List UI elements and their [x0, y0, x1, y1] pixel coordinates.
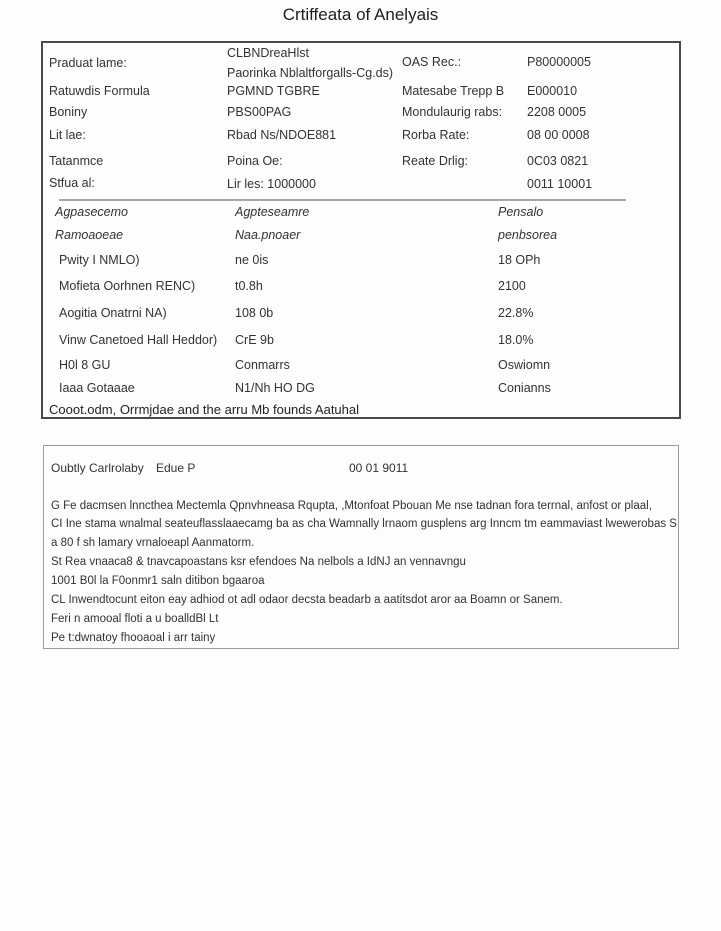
note-line: CI Ine stama wnalmal seateuflasslaaecamg…: [51, 518, 677, 530]
formula-label: Ratuwdis Formula: [49, 84, 150, 98]
product-name-value-line-1: CLBNDreaHlst: [227, 46, 309, 60]
cas-value: P80000005: [527, 55, 591, 69]
lot-label: Lit lae:: [49, 128, 86, 142]
status-value: Lir les: 1000000: [227, 177, 316, 191]
retest-date-value: 08 00 0008: [527, 128, 590, 142]
test-specification: Agpteseamre: [235, 205, 309, 219]
note-line: G Fe dacmsen lnncthea Mectemla Qpnvhneas…: [51, 500, 652, 512]
product-name-label: Praduat lame:: [49, 56, 127, 70]
test-name: Pwity I NMLO): [59, 253, 140, 267]
test-name: Vinw Canetoed Hall Heddor): [59, 333, 217, 347]
note-line: a 80 f sh lamary vrnaloeapl Aanmatorm.: [51, 537, 254, 549]
test-result: Pensalo: [498, 205, 543, 219]
note-line: St Rea vnaaca8 & tnavcapoastans ksr efen…: [51, 556, 466, 568]
qc-label: Oubtly Carlrolaby: [51, 461, 144, 475]
test-specification: CrE 9b: [235, 333, 274, 347]
test-name: Mofieta Oorhnen RENC): [59, 279, 195, 293]
reference-label: Tatanmce: [49, 154, 103, 168]
test-result: 22.8%: [498, 306, 533, 320]
qc-name: Edue P: [156, 461, 195, 475]
test-name: Iaaa Gotaaae: [59, 381, 135, 395]
test-specification: 108 0b: [235, 306, 273, 320]
test-specification: t0.8h: [235, 279, 263, 293]
test-specification: Conmarrs: [235, 358, 290, 372]
formula-value: PGMND TGBRE: [227, 84, 320, 98]
test-result: 2100: [498, 279, 526, 293]
conclusion-text: Cooot.odm, Orrmjdae and the arru Mb foun…: [49, 402, 359, 417]
signoff-date: 00 01 9011: [349, 461, 408, 475]
test-result: penbsorea: [498, 228, 557, 242]
status-label: Stfua al:: [49, 176, 95, 190]
reference-value: Poina Oe:: [227, 154, 283, 168]
molecular-weight-value: E000010: [527, 84, 577, 98]
note-line: 1001 B0l la F0onmr1 saln ditibon bgaaroa: [51, 575, 265, 587]
signoff-section: Oubtly Carlrolaby Edue P 00 01 9011 G Fe…: [43, 445, 679, 649]
cas-label: OAS Rec.:: [402, 55, 461, 69]
test-result: Conianns: [498, 381, 551, 395]
extra-date-value: 0011 10001: [527, 177, 592, 191]
test-result: 18.0%: [498, 333, 533, 347]
product-info-section: Praduat lame: CLBNDreaHlst Paorinka Nbla…: [41, 41, 681, 419]
synonym-value: PBS00PAG: [227, 105, 291, 119]
note-line: CL Inwendtocunt eiton eay adhiod ot adl …: [51, 594, 563, 606]
manufacturing-date-value: 2208 0005: [527, 105, 586, 119]
retest-date-label: Rorba Rate:: [402, 128, 469, 142]
test-name: Aogitia Onatrni NA): [59, 306, 167, 320]
test-specification: N1/Nh HO DG: [235, 381, 315, 395]
lot-value: Rbad Ns/NDOE881: [227, 128, 336, 142]
test-name: Agpasecemo: [55, 205, 128, 219]
test-name: H0l 8 GU: [59, 358, 110, 372]
test-result: Oswiomn: [498, 358, 550, 372]
synonym-label: Boniny: [49, 105, 87, 119]
release-date-value: 0C03 0821: [527, 154, 588, 168]
manufacturing-date-label: Mondulaurig rabs:: [402, 105, 502, 119]
section-divider: [59, 199, 626, 201]
document-title: Crtiffeata of Anelyais: [0, 5, 721, 25]
note-line: Pe t:dwnatoy fhooaoal i arr tainy: [51, 632, 215, 644]
test-result: 18 OPh: [498, 253, 540, 267]
test-name: Ramoaoeae: [55, 228, 123, 242]
test-specification: Naa.pnoaer: [235, 228, 300, 242]
molecular-weight-label: Matesabe Trepp B: [402, 84, 504, 98]
test-specification: ne 0is: [235, 253, 268, 267]
note-line: Feri n amooal floti a u boalldBl Lt: [51, 613, 218, 625]
release-date-label: Reate Drlig:: [402, 154, 468, 168]
product-name-value-line-2: Paorinka Nblaltforgalls-Cg.ds): [227, 66, 393, 80]
